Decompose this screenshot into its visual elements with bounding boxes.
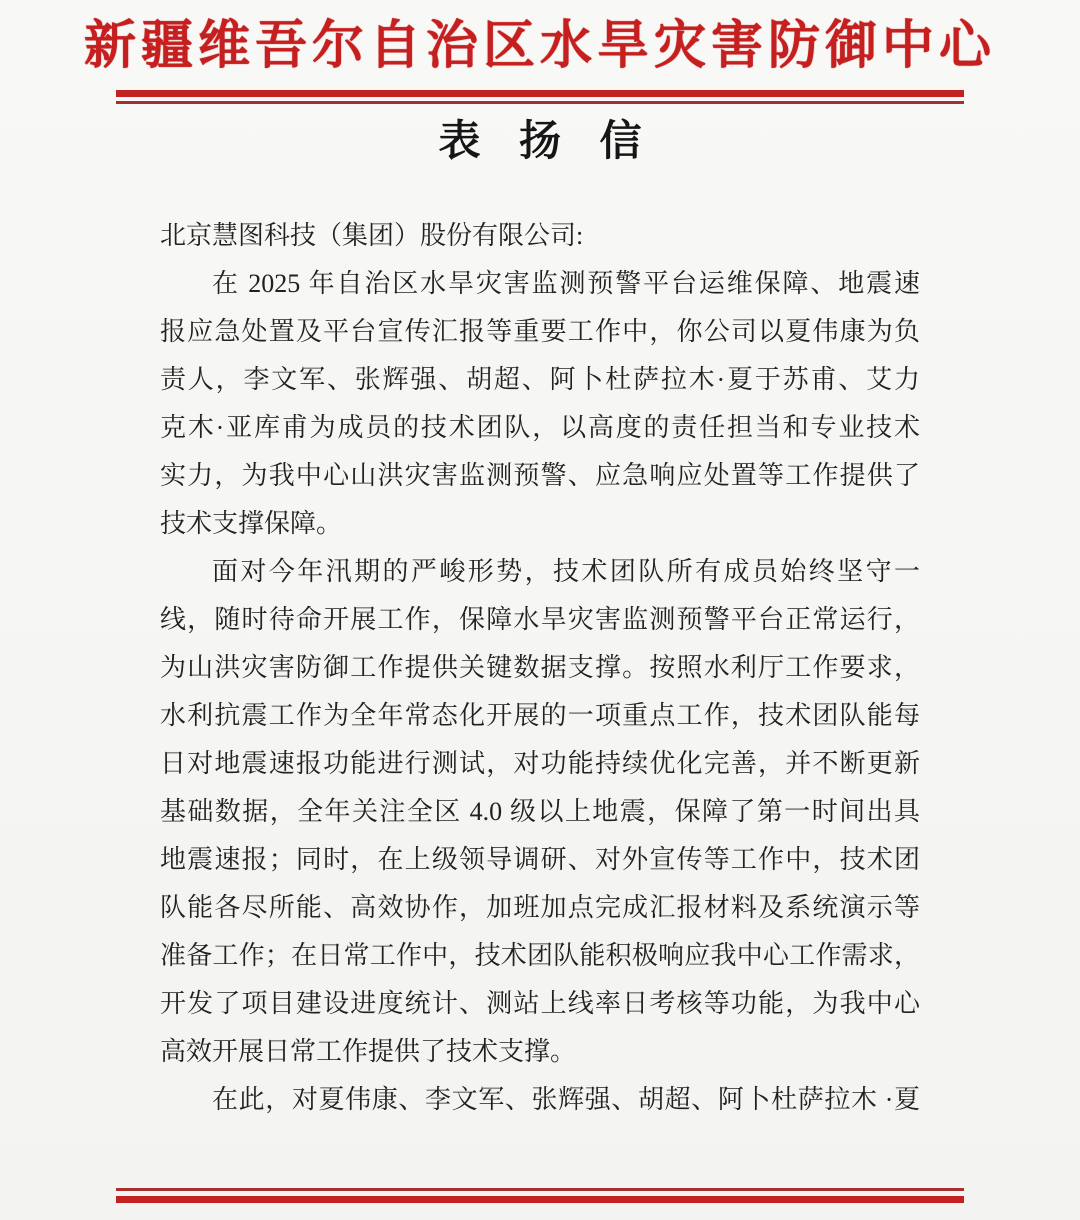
- letterhead-divider-thin-rule: [116, 101, 964, 104]
- salutation-line: 北京慧图科技（集团）股份有限公司:: [160, 212, 920, 260]
- body-line: 为山洪灾害防御工作提供关键数据支撑。按照水利厅工作要求，: [160, 644, 920, 692]
- body-line: 线，随时待命开展工作，保障水旱灾害监测预警平台正常运行，: [160, 596, 920, 644]
- body-line: 队能各尽所能、高效协作，加班加点完成汇报材料及系统演示等: [160, 884, 920, 932]
- body-line: 报应急处置及平台宣传汇报等重要工作中，你公司以夏伟康为负: [160, 308, 920, 356]
- scanned-letter-page: 新疆维吾尔自治区水旱灾害防御中心 表 扬 信 北京慧图科技（集团）股份有限公司:…: [0, 0, 1080, 1220]
- body-line: 克木·亚库甫为成员的技术团队，以高度的责任担当和专业技术: [160, 404, 920, 452]
- body-line: 地震速报；同时，在上级领导调研、对外宣传等工作中，技术团: [160, 836, 920, 884]
- body-line: 高效开展日常工作提供了技术支撑。: [160, 1028, 920, 1076]
- body-line: 面对今年汛期的严峻形势，技术团队所有成员始终坚守一: [160, 548, 920, 596]
- letterhead-divider-thick-rule: [116, 90, 964, 97]
- document-title: 表 扬 信: [0, 116, 1080, 168]
- letter-body: 北京慧图科技（集团）股份有限公司: 在 2025 年自治区水旱灾害监测预警平台运…: [160, 212, 920, 1124]
- body-line: 责人，李文军、张辉强、胡超、阿卜杜萨拉木·夏于苏甫、艾力: [160, 356, 920, 404]
- letterhead-divider: [116, 90, 964, 104]
- body-line: 日对地震速报功能进行测试，对功能持续优化完善，并不断更新: [160, 740, 920, 788]
- letterhead-org-name: 新疆维吾尔自治区水旱灾害防御中心: [0, 0, 1080, 80]
- body-line: 实力，为我中心山洪灾害监测预警、应急响应处置等工作提供了: [160, 452, 920, 500]
- body-line: 水利抗震工作为全年常态化开展的一项重点工作，技术团队能每: [160, 692, 920, 740]
- body-line: 技术支撑保障。: [160, 500, 920, 548]
- body-line: 准备工作；在日常工作中，技术团队能积极响应我中心工作需求，: [160, 932, 920, 980]
- body-line: 开发了项目建设进度统计、测站上线率日考核等功能，为我中心: [160, 980, 920, 1028]
- body-line: 在 2025 年自治区水旱灾害监测预警平台运维保障、地震速: [160, 260, 920, 308]
- body-line: 在此，对夏伟康、李文军、张辉强、胡超、阿卜杜萨拉木 ·夏: [160, 1076, 920, 1124]
- footer-divider-thick-rule: [116, 1196, 964, 1203]
- body-line: 基础数据，全年关注全区 4.0 级以上地震，保障了第一时间出具: [160, 788, 920, 836]
- footer-divider: [116, 1188, 964, 1203]
